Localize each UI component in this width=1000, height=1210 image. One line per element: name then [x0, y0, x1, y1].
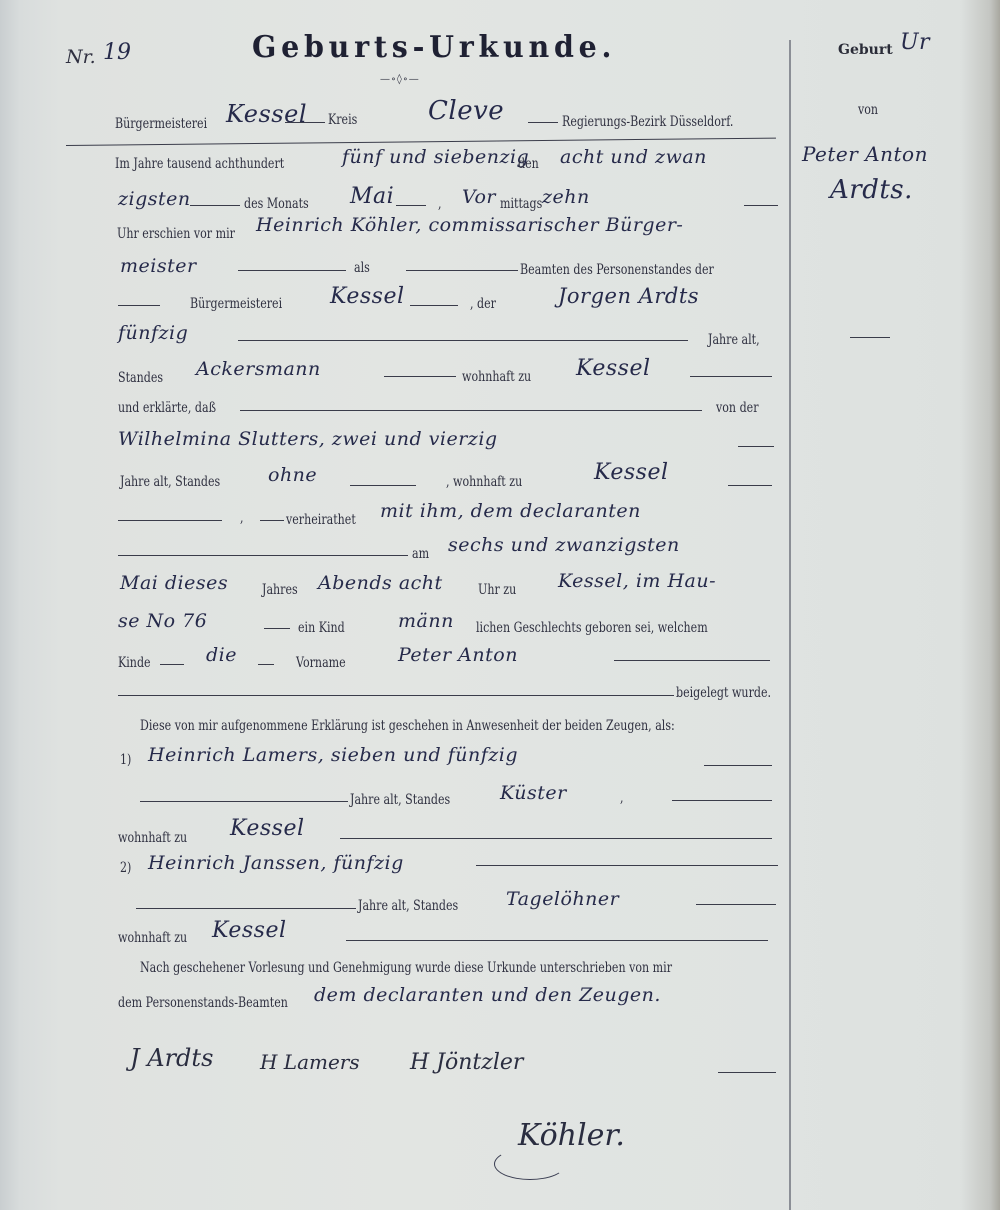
blank-line: [140, 801, 348, 802]
blank-line: [384, 376, 456, 377]
sidebar-dash: [850, 337, 890, 338]
field-married-to: mit ihm, dem declaranten: [380, 500, 641, 522]
text-closing-line2-print: dem Personenstands-Beamten: [118, 995, 288, 1011]
signature-witness1: H Lamers: [260, 1050, 360, 1074]
field-declarant-residence: Kessel: [576, 356, 651, 381]
text-wohnhaft-zu-2: , wohnhaft zu: [446, 474, 522, 490]
field-mother-occupation: ohne: [268, 464, 317, 486]
blank-line: [744, 205, 778, 206]
blank-line: [190, 205, 240, 206]
blank-line: [406, 270, 518, 271]
field-day-part1: acht und zwan: [560, 146, 707, 168]
witness1-residence: Kessel: [230, 816, 305, 841]
blank-line: [238, 340, 688, 341]
field-birth-month: Mai dieses: [120, 572, 228, 594]
blank-line: [410, 305, 458, 306]
blank-line: [118, 520, 222, 521]
sidebar-geburt-label: Geburt: [838, 42, 893, 58]
blank-line: [136, 908, 356, 909]
sidebar-geburt-mark: Ur: [900, 30, 930, 55]
text-uhr-erschien: Uhr erschien vor mir: [117, 226, 235, 242]
blank-line: [160, 664, 184, 665]
witness1-jahre-alt-standes: Jahre alt, Standes: [350, 792, 450, 808]
field-birth-day: sechs und zwanzigsten: [448, 534, 680, 556]
text-mittags: mittags: [500, 196, 542, 212]
text-beamten: Beamten des Personenstandes der: [520, 262, 714, 278]
field-birth-time: Abends acht: [318, 572, 443, 594]
witness2-residence: Kessel: [212, 918, 287, 943]
column-divider: [789, 40, 791, 1210]
text-wohnhaft-zu: wohnhaft zu: [462, 369, 531, 385]
title-ornament: —∘◊∘—: [380, 74, 420, 85]
field-day-part2: zigsten: [118, 188, 191, 210]
kreis-value: Cleve: [428, 96, 504, 126]
blank-line: [118, 695, 674, 696]
blank-line: [690, 376, 772, 377]
field-declarant-occupation: Ackersmann: [196, 358, 321, 380]
sidebar-von-label: von: [858, 102, 878, 118]
blank-line: [350, 485, 416, 486]
text-jahre-alt: Jahre alt,: [708, 332, 760, 348]
witness2-name-age: Heinrich Janssen, fünfzig: [148, 852, 404, 874]
signature-witness2: H Jöntzler: [410, 1050, 523, 1075]
witness2-wohnhaft-zu: wohnhaft zu: [118, 930, 187, 946]
field-vor-nach: Vor: [462, 186, 496, 208]
text-beigelegt-wurde: beigelegt wurde.: [676, 685, 771, 701]
blank-line: [346, 940, 768, 941]
blank-line: [672, 800, 772, 801]
buergermeisterei-label: Bürgermeisterei: [115, 116, 207, 132]
blank-line: [704, 765, 772, 766]
text-comma-2: ,: [240, 510, 244, 526]
field-month: Mai: [350, 184, 394, 209]
text-ein-kind: ein Kind: [298, 620, 345, 636]
field-hour: zehn: [542, 186, 590, 208]
witness1-number: 1): [120, 752, 131, 768]
text-vorname: Vorname: [296, 655, 346, 671]
text-am: am: [412, 546, 429, 562]
field-child-sex: männ: [398, 610, 454, 632]
field-mother-residence: Kessel: [594, 460, 669, 485]
record-number-label: Nr.: [66, 46, 96, 68]
blank-line: [240, 410, 702, 411]
text-standes: Standes: [118, 370, 163, 386]
blank-line: [264, 628, 290, 629]
record-number-value: 19: [103, 40, 131, 65]
field-official-name: Heinrich Köhler, commissarischer Bürger-: [256, 214, 683, 236]
field-birth-place: Kessel, im Hau-: [558, 570, 716, 592]
field-declarant-age: fünfzig: [118, 322, 188, 344]
blank-line: [285, 122, 325, 123]
sidebar-child-name-line1: Peter Anton: [802, 142, 928, 166]
blank-line: [260, 520, 284, 521]
text-jahre-alt-standes: Jahre alt, Standes: [120, 474, 220, 490]
text-buergermeisterei: Bürgermeisterei: [190, 296, 282, 312]
header-rule: [66, 138, 776, 146]
field-house-number: se No 76: [118, 610, 207, 632]
blank-line: [718, 1072, 776, 1073]
blank-line: [258, 664, 274, 665]
text-kinde: Kinde: [118, 655, 151, 671]
text-den: den: [518, 156, 539, 172]
birth-certificate-page: Nr. 19 Geburts-Urkunde. —∘◊∘— Bürgermeis…: [0, 0, 1000, 1210]
blank-line: [528, 122, 558, 123]
field-official-title-end: meister: [120, 255, 197, 277]
witness1-occupation: Küster: [500, 782, 567, 804]
text-uhr-zu: Uhr zu: [478, 582, 516, 598]
blank-line: [696, 904, 776, 905]
text-comma: ,: [438, 196, 442, 212]
text-year-intro: Im Jahre tausend achthundert: [115, 156, 284, 172]
field-child-given-name: Peter Anton: [398, 644, 518, 666]
witness1-name-age: Heinrich Lamers, sieben und fünfzig: [148, 744, 518, 766]
field-declarant-name: Jorgen Ardts: [558, 284, 699, 308]
text-von-der: von der: [716, 400, 758, 416]
text-geschlechts: lichen Geschlechts geboren sei, welchem: [476, 620, 708, 636]
text-des-monats: des Monats: [244, 196, 309, 212]
field-buergermeisterei: Kessel: [330, 284, 405, 309]
witness1-comma: ,: [620, 790, 624, 806]
blank-line: [118, 555, 408, 556]
blank-line: [728, 485, 772, 486]
document-title: Geburts-Urkunde.: [252, 30, 616, 65]
text-und-erklaerte: und erklärte, daß: [118, 400, 216, 416]
kreis-label: Kreis: [328, 112, 357, 128]
regierungsbezirk-label: Regierungs-Bezirk Düsseldorf.: [562, 114, 733, 130]
signature-flourish: [494, 1148, 566, 1180]
text-verheirathet: verheirathet: [286, 512, 356, 528]
blank-line: [340, 838, 772, 839]
witness2-jahre-alt-standes: Jahre alt, Standes: [358, 898, 458, 914]
blank-line: [118, 305, 160, 306]
blank-line: [396, 205, 426, 206]
blank-line: [738, 446, 774, 447]
witness2-occupation: Tagelöhner: [506, 888, 619, 910]
text-witness-intro: Diese von mir aufgenommene Erklärung ist…: [140, 718, 675, 734]
witness2-number: 2): [120, 860, 131, 876]
text-closing-line1: Nach geschehener Vorlesung und Genehmigu…: [140, 960, 672, 976]
text-closing-line2-hand: dem declaranten und den Zeugen.: [314, 984, 661, 1006]
blank-line: [238, 270, 346, 271]
signature-declarant: J Ardts: [130, 1044, 213, 1072]
buergermeisterei-value: Kessel: [226, 100, 307, 128]
witness1-wohnhaft-zu: wohnhaft zu: [118, 830, 187, 846]
blank-line: [476, 865, 778, 866]
text-jahres: Jahres: [262, 582, 298, 598]
field-mother-name-age: Wilhelmina Slutters, zwei und vierzig: [118, 428, 498, 450]
field-year: fünf und siebenzig: [342, 146, 529, 168]
field-die: die: [206, 644, 237, 666]
text-als: als: [354, 260, 370, 276]
sidebar-child-name-line2: Ardts.: [830, 175, 913, 205]
text-der: , der: [470, 296, 496, 312]
blank-line: [614, 660, 770, 661]
